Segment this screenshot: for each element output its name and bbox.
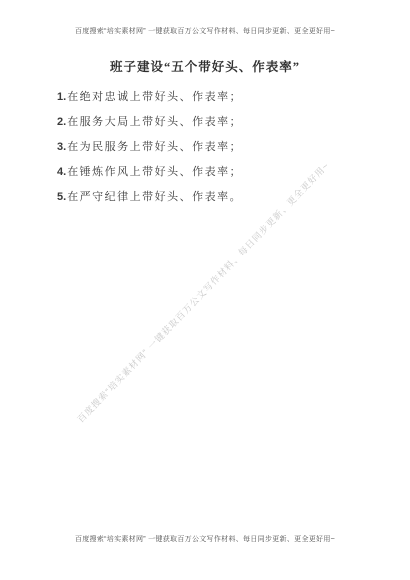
list-item-text: 在严守纪律上带好头、作表率。 (67, 191, 242, 203)
list-item: 5.在严守纪律上带好头、作表率。 (57, 188, 380, 213)
page-footer-promo-text: 百度搜索“培实素材网” 一键获取百万公文写作材料、每日同步更新、更全更好用~ (0, 534, 410, 544)
document-page: 百度搜索“培实素材网” 一键获取百万公文写作材料、每日同步更新、更全更好用~ 班… (0, 0, 410, 580)
list-item: 2.在服务大局上带好头、作表率； (57, 113, 380, 138)
list-item-number: 1. (57, 91, 66, 103)
numbered-list: 1.在绝对忠诚上带好头、作表率； 2.在服务大局上带好头、作表率； 3.在为民服… (57, 88, 380, 213)
document-title: 班子建设“五个带好头、作表率” (0, 57, 410, 75)
list-item: 3.在为民服务上带好头、作表率； (57, 138, 380, 163)
list-item-number: 2. (57, 116, 66, 128)
list-item-text: 在锤炼作风上带好头、作表率； (67, 166, 242, 178)
list-item-number: 4. (57, 166, 66, 178)
list-item: 4.在锤炼作风上带好头、作表率； (57, 163, 380, 188)
list-item-number: 3. (57, 141, 66, 153)
list-item-text: 在服务大局上带好头、作表率； (67, 116, 242, 128)
list-item: 1.在绝对忠诚上带好头、作表率； (57, 88, 380, 113)
list-item-text: 在为民服务上带好头、作表率； (67, 141, 242, 153)
page-header-promo-text: 百度搜索“培实素材网” 一键获取百万公文写作材料、每日同步更新、更全更好用~ (0, 26, 410, 36)
list-item-number: 5. (57, 191, 66, 203)
list-item-text: 在绝对忠诚上带好头、作表率； (67, 91, 242, 103)
